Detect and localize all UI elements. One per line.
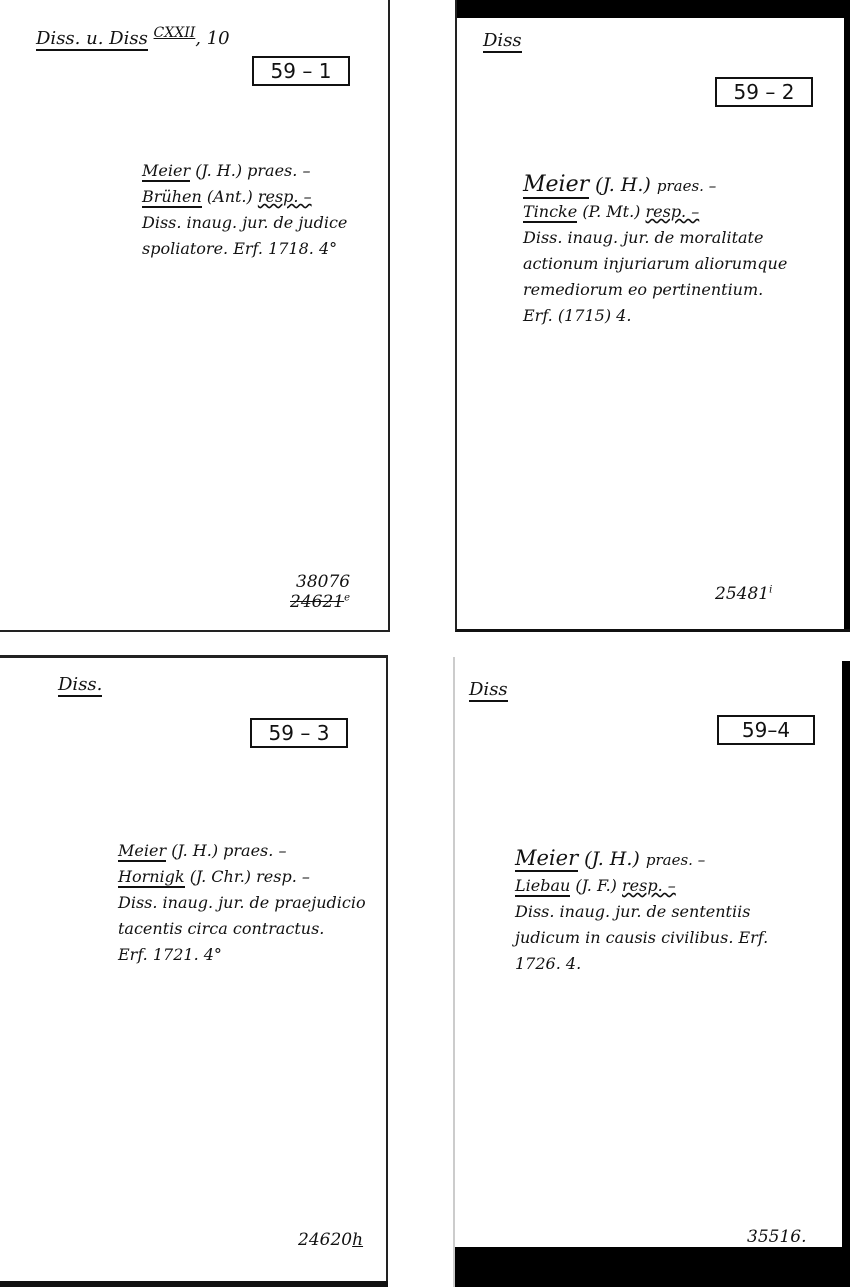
title-line: judicum in causis civilibus. Erf. [515,925,768,951]
praeses-name: Meier [515,846,578,872]
praeses-line: Meier (J. H.) praes. – [515,845,768,873]
title-line: spoliatore. Erf. 1718. 4° [142,236,347,262]
praeses-line: Meier (J. H.) praes. – [142,158,347,184]
accession-number: 38076 [296,572,350,592]
title-line: Erf. (1715) 4. [523,303,787,329]
praeses-name: Meier [523,172,589,199]
accession-number: 24620h [298,1230,363,1250]
shelfmark-prefix: Diss [469,679,508,702]
title-line: remediorum eo pertinentium. [523,277,787,303]
catalog-card-59-1: Diss. u. Diss CXXII, 10 59 – 1 Meier (J.… [0,0,390,632]
respondent-role: resp. – [258,187,312,206]
respondent-name: Tincke [523,202,577,223]
card-label: 59–4 [717,715,815,745]
respondent-line: Liebau (J. F.) resp. – [515,873,768,899]
title-line: Erf. 1721. 4° [118,942,366,968]
catalog-card-59-4: Diss 59–4 Meier (J. H.) praes. – Liebau … [453,657,850,1287]
title-line: Diss. inaug. jur. de judice [142,210,347,236]
shelfmark-prefix: Diss [483,30,522,53]
accession-number-old: 24621e [290,592,350,612]
scan-border [0,1281,388,1287]
accession-suffix: i [769,584,772,595]
respondent-name: Brühen [142,187,202,208]
praeses-line: Meier (J. H.) praes. – [118,838,366,864]
respondent-role: resp. – [622,876,676,895]
shelfmark: Diss [483,28,522,54]
praeses-name: Meier [142,161,190,182]
catalog-card-59-2: Diss 59 – 2 Meier (J. H.) praes. – Tinck… [455,0,850,632]
accession-suffix: h [352,1230,363,1250]
praeses-initials: (J. H.) [595,174,651,196]
title-line: Diss. inaug. jur. de moralitate [523,225,787,251]
shelfmark: Diss. u. Diss CXXII, 10 [36,20,230,52]
shelfmark: Diss. [58,672,102,698]
title-line: actionum injuriarum aliorumque [523,251,787,277]
shelfmark-prefix: Diss. [58,674,102,697]
respondent-role: resp. – [256,867,310,886]
accession-value: 25481 [715,584,769,604]
shelfmark-suffix: , 10 [195,28,229,49]
catalog-entry: Meier (J. H.) praes. – Tincke (P. Mt.) r… [523,172,787,329]
accession-old-suffix: e [344,592,350,603]
respondent-line: Hornigk (J. Chr.) resp. – [118,864,366,890]
catalog-entry: Meier (J. H.) praes. – Liebau (J. F.) re… [515,845,768,977]
accession-number: 25481i [715,584,772,604]
catalog-entry: Meier (J. H.) praes. – Brühen (Ant.) res… [142,158,347,262]
praeses-role: praes. – [646,851,705,869]
scan-border [842,661,850,1247]
title-line: Diss. inaug. jur. de sententiis [515,899,768,925]
shelfmark-series: CXXII [154,25,196,41]
praeses-initials: (J. H.) [195,161,242,180]
accession-value: 24620 [298,1230,352,1250]
respondent-name: Liebau [515,876,570,897]
catalog-entry: Meier (J. H.) praes. – Hornigk (J. Chr.)… [118,838,366,968]
title-line: Diss. inaug. jur. de praejudicio [118,890,366,916]
respondent-initials: (Ant.) [207,187,253,206]
scan-border [457,0,850,18]
accession-number: 35516. [747,1227,806,1247]
title-line: 1726. 4. [515,951,768,977]
shelfmark: Diss [469,677,508,703]
praeses-line: Meier (J. H.) praes. – [523,172,787,199]
praeses-role: praes. – [223,841,286,860]
accession-old-value: 24621 [290,592,344,612]
respondent-initials: (J. F.) [575,876,617,895]
respondent-role: resp. – [645,202,699,221]
card-label: 59 – 3 [250,718,348,748]
praeses-role: praes. – [657,177,716,195]
scan-border [455,1247,850,1287]
praeses-initials: (J. H.) [584,848,640,870]
respondent-initials: (J. Chr.) [190,867,251,886]
shelfmark-prefix: Diss. u. Diss [36,28,148,51]
praeses-name: Meier [118,841,166,862]
respondent-line: Tincke (P. Mt.) resp. – [523,199,787,225]
title-line: tacentis circa contractus. [118,916,366,942]
praeses-role: praes. – [247,161,310,180]
card-label: 59 – 2 [715,77,813,107]
catalog-card-59-3: Diss. 59 – 3 Meier (J. H.) praes. – Horn… [0,655,388,1287]
scan-border [844,0,850,629]
respondent-initials: (P. Mt.) [582,202,640,221]
respondent-line: Brühen (Ant.) resp. – [142,184,347,210]
respondent-name: Hornigk [118,867,185,888]
card-label: 59 – 1 [252,56,350,86]
praeses-initials: (J. H.) [171,841,218,860]
